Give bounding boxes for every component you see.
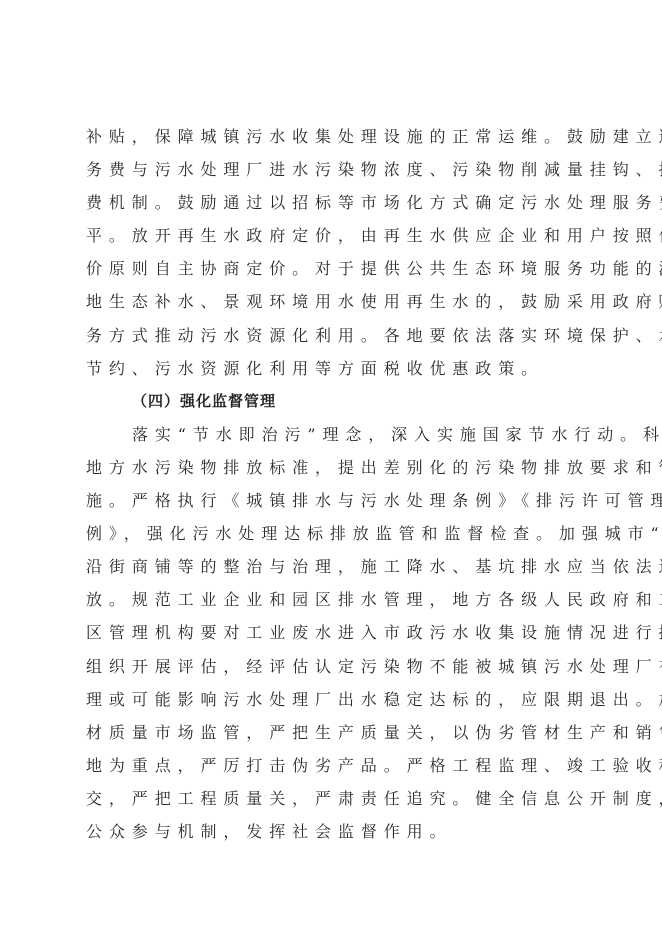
text-line: 理或可能影响污水处理厂出水稳定达标的，应限期退出。加强管 <box>86 683 578 716</box>
text-line: 放。规范工业企业和园区排水管理，地方各级人民政府和工业园 <box>86 583 578 616</box>
text-line: 地方水污染物排放标准，提出差别化的污染物排放要求和管控措 <box>86 451 578 484</box>
text-line: 务费与污水处理厂进水污染物浓度、污染物削减量挂钩、按效付 <box>86 153 578 186</box>
text-line: 沿街商铺等的整治与治理，施工降水、基坑排水应当依法达标排 <box>86 550 578 583</box>
text-line: 区管理机构要对工业废水进入市政污水收集设施情况进行排查， <box>86 616 578 649</box>
text-line: 施。严格执行《城镇排水与污水处理条例》《排污许可管理条 <box>86 484 578 517</box>
text-line: 平。放开再生水政府定价，由再生水供应企业和用户按照优质优 <box>86 219 578 252</box>
text-line: 价原则自主协商定价。对于提供公共生态环境服务功能的河湖湿 <box>86 252 578 285</box>
text-line: 交，严把工程质量关，严肃责任追究。健全信息公开制度，完善 <box>86 782 578 815</box>
text-line: 公众参与机制，发挥社会监督作用。 <box>86 815 578 848</box>
text-line: 地为重点，严厉打击伪劣产品。严格工程监理、竣工验收和移 <box>86 749 578 782</box>
text-line: 补贴，保障城镇污水收集处理设施的正常运维。鼓励建立运营服 <box>86 120 578 153</box>
text-line: 落实“节水即治污”理念，深入实施国家节水行动。科学制修订 <box>86 418 578 451</box>
text-line: 节约、污水资源化利用等方面税收优惠政策。 <box>86 352 578 385</box>
paragraph-supervision: 落实“节水即治污”理念，深入实施国家节水行动。科学制修订 地方水污染物排放标准，… <box>86 418 578 848</box>
text-line: 组织开展评估，经评估认定污染物不能被城镇污水处理厂有效处 <box>86 650 578 683</box>
text-line: 例》，强化污水处理达标排放监管和监督检查。加强城市“小散乱” <box>86 517 578 550</box>
text-line: 材质量市场监管，严把生产质量关，以伪劣管材生产和销售聚集 <box>86 716 578 749</box>
paragraph-funding: 补贴，保障城镇污水收集处理设施的正常运维。鼓励建立运营服 务费与污水处理厂进水污… <box>86 120 578 385</box>
document-page: 补贴，保障城镇污水收集处理设施的正常运维。鼓励建立运营服 务费与污水处理厂进水污… <box>86 120 578 848</box>
text-line: 费机制。鼓励通过以招标等市场化方式确定污水处理服务费水 <box>86 186 578 219</box>
text-line: 务方式推动污水资源化利用。各地要依法落实环境保护、水资源 <box>86 319 578 352</box>
text-line: 地生态补水、景观环境用水使用再生水的，鼓励采用政府购买服 <box>86 285 578 318</box>
section-heading: （四）强化监督管理 <box>86 385 578 418</box>
